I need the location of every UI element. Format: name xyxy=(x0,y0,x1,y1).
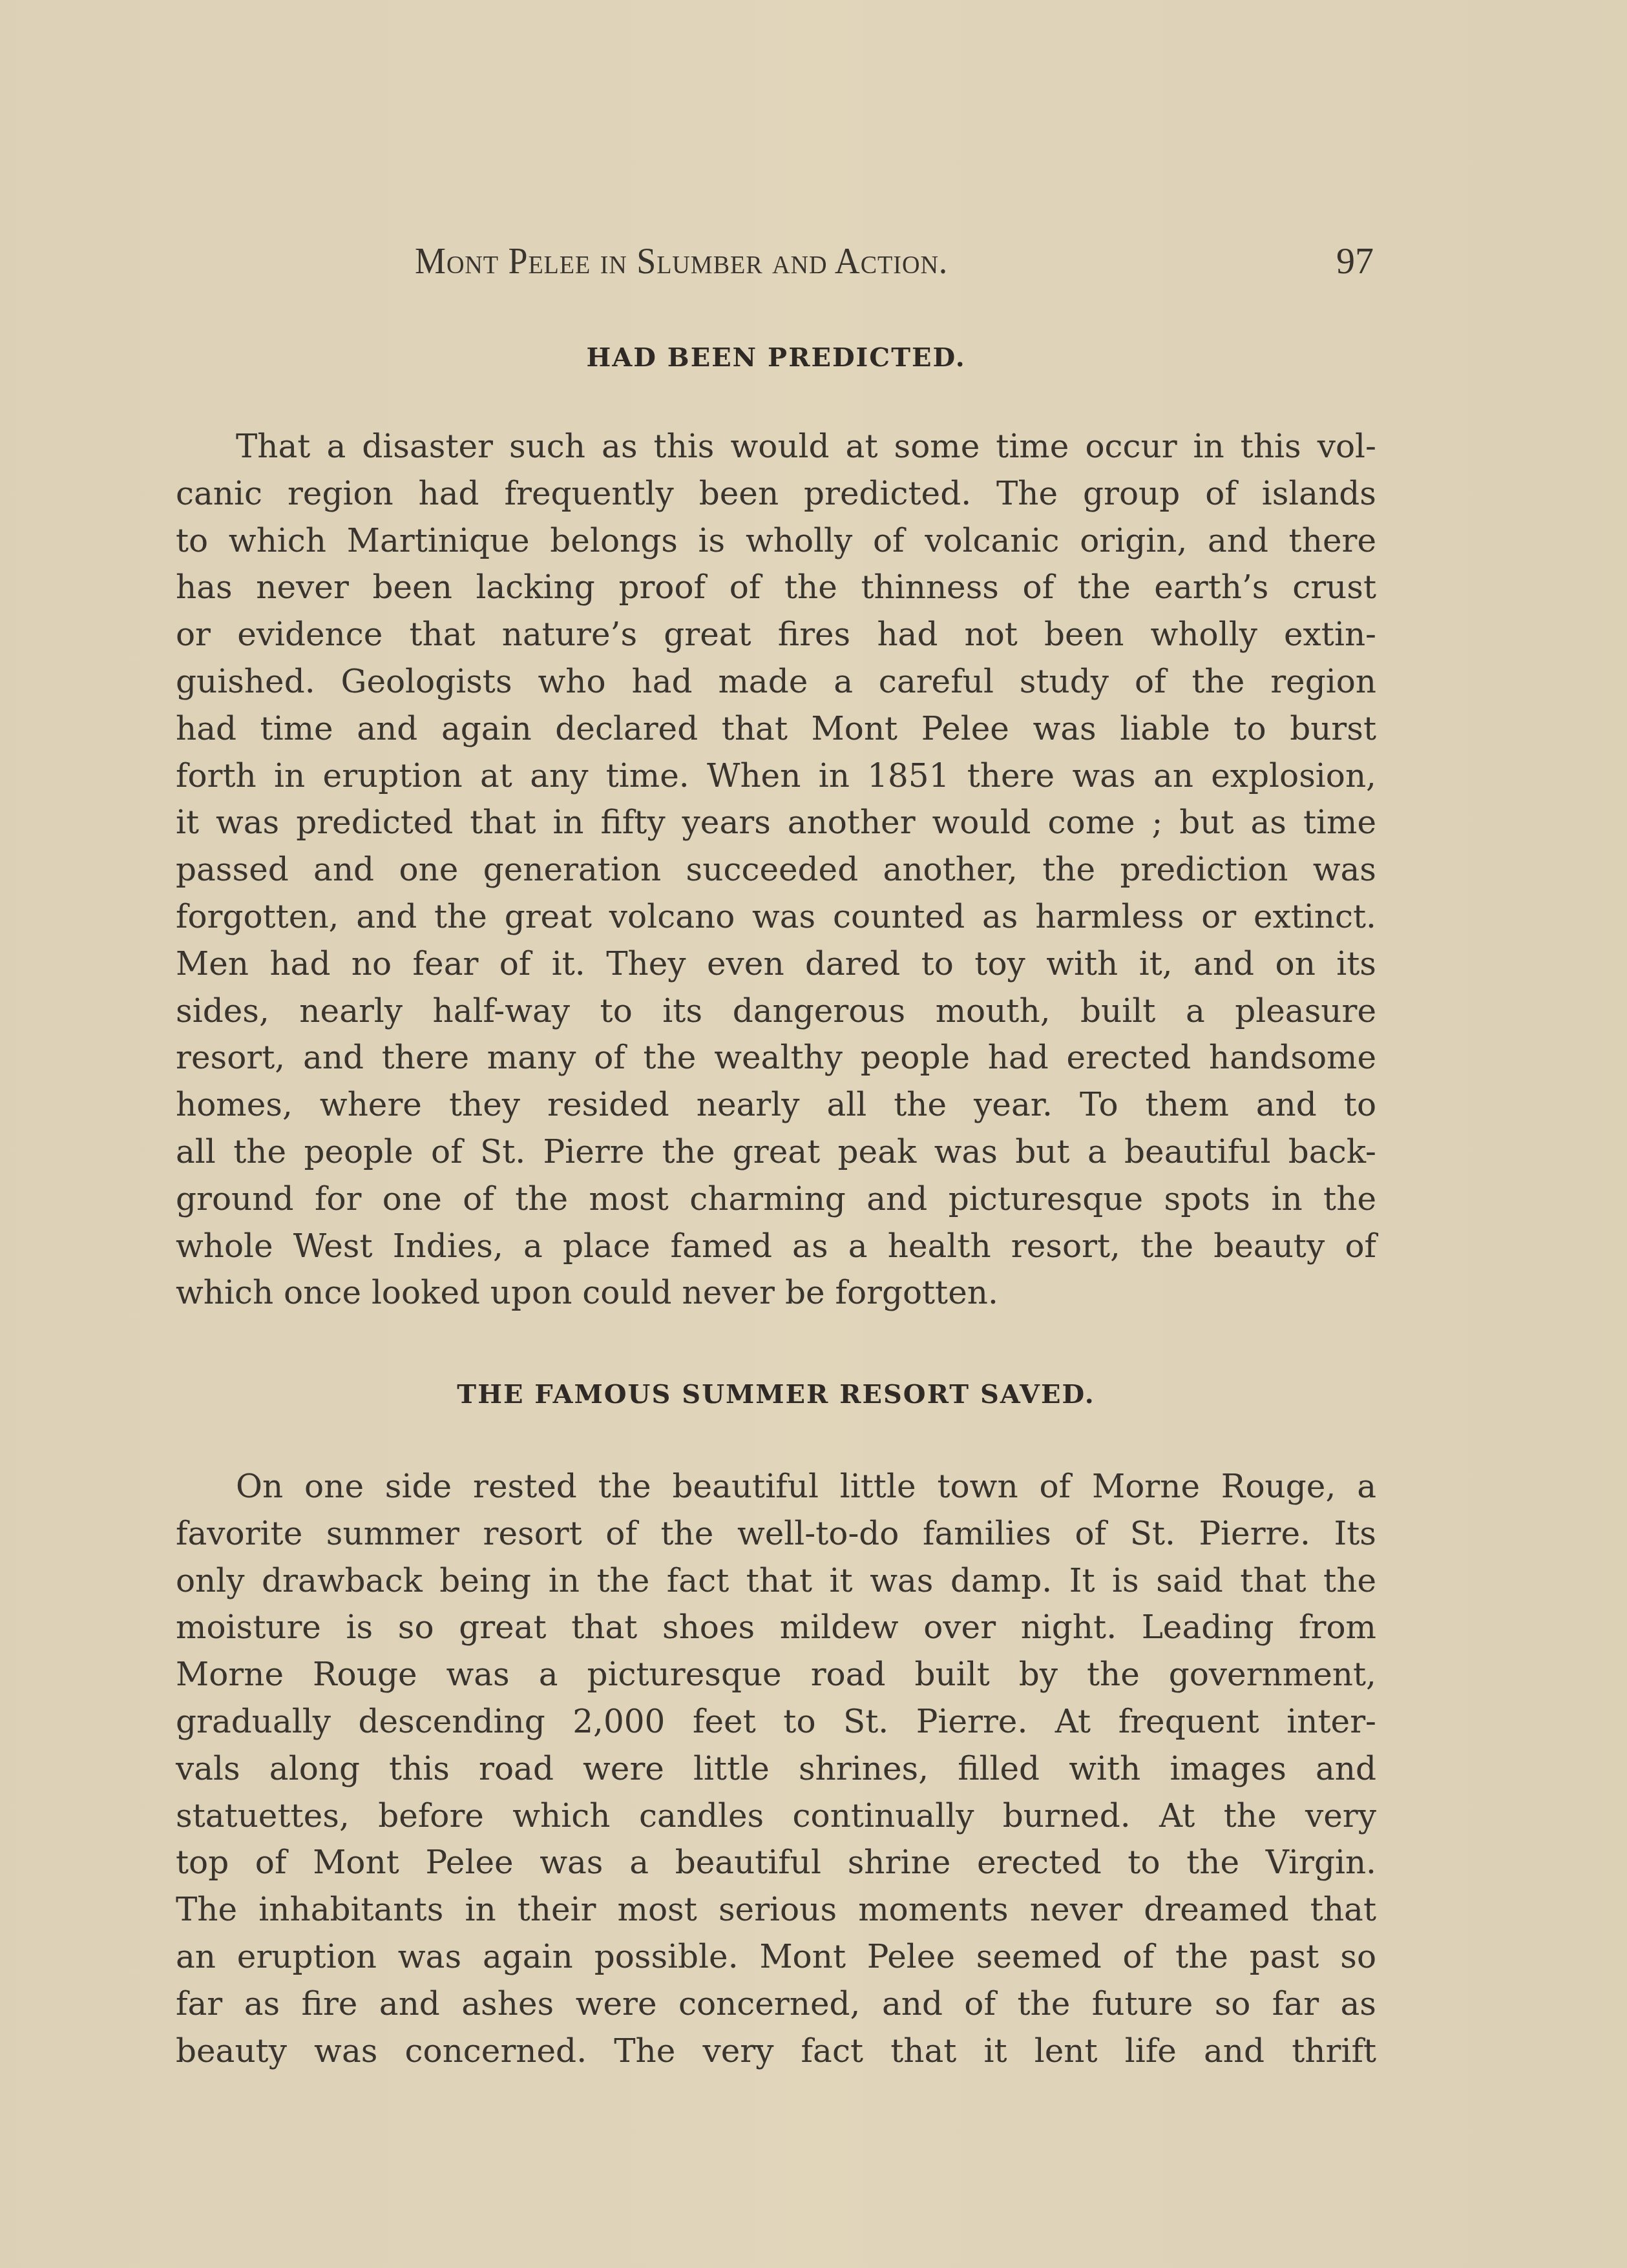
text-line: vals along this road were little shrines… xyxy=(176,1745,1376,1793)
text-line: far as fire and ashes were concerned, an… xyxy=(176,1981,1376,2028)
text-line: had time and again declared that Mont Pe… xyxy=(176,705,1376,753)
text-line: it was predicted that in fifty years ano… xyxy=(176,799,1376,846)
text-line: to which Martinique belongs is wholly of… xyxy=(176,517,1376,565)
text-line: guished. Geologists who had made a caref… xyxy=(176,658,1376,705)
text-line: an eruption was again possible. Mont Pel… xyxy=(176,1933,1376,1981)
text-line: sides, nearly half-way to its dangerous … xyxy=(176,988,1376,1035)
section-heading-had-been-predicted: HAD BEEN PREDICTED. xyxy=(176,342,1376,373)
text-line: only drawback being in the fact that it … xyxy=(176,1557,1376,1605)
text-line: forth in eruption at any time. When in 1… xyxy=(176,753,1376,800)
text-line: That a disaster such as this would at so… xyxy=(176,423,1376,470)
text-line: whole West Indies, a place famed as a he… xyxy=(176,1223,1376,1270)
text-line: forgotten, and the great volcano was cou… xyxy=(176,893,1376,941)
text-line: gradually descending 2,000 feet to St. P… xyxy=(176,1698,1376,1745)
text-line: beauty was concerned. The very fact that… xyxy=(176,2028,1376,2075)
text-line: all the people of St. Pierre the great p… xyxy=(176,1129,1376,1176)
text-line: statuettes, before which candles continu… xyxy=(176,1793,1376,1840)
paragraph-famous-summer-resort: On one side rested the beautiful little … xyxy=(176,1463,1376,2074)
page-number: 97 xyxy=(1336,239,1374,282)
running-header: Mont Pelee in Slumber and Action. 97 xyxy=(176,239,1376,291)
text-line: top of Mont Pelee was a beautiful shrine… xyxy=(176,1839,1376,1886)
text-line: has never been lacking proof of the thin… xyxy=(176,564,1376,611)
text-line: On one side rested the beautiful little … xyxy=(176,1463,1376,1510)
text-line: resort, and there many of the wealthy pe… xyxy=(176,1034,1376,1081)
text-line: Morne Rouge was a picturesque road built… xyxy=(176,1651,1376,1698)
text-line: which once looked upon could never be fo… xyxy=(176,1269,1376,1316)
text-line: favorite summer resort of the well-to-do… xyxy=(176,1510,1376,1557)
section-heading-famous-summer-resort-saved: THE FAMOUS SUMMER RESORT SAVED. xyxy=(176,1379,1376,1410)
text-line: or evidence that nature’s great fires ha… xyxy=(176,611,1376,658)
text-line: The inhabitants in their most serious mo… xyxy=(176,1886,1376,1933)
text-line: ground for one of the most charming and … xyxy=(176,1176,1376,1223)
text-line: canic region had frequently been predict… xyxy=(176,470,1376,517)
running-title: Mont Pelee in Slumber and Action. xyxy=(415,239,948,282)
paragraph-had-been-predicted: That a disaster such as this would at so… xyxy=(176,423,1376,1316)
text-line: passed and one generation succeeded anot… xyxy=(176,846,1376,893)
text-line: moisture is so great that shoes mildew o… xyxy=(176,1604,1376,1651)
text-line: Men had no fear of it. They even dared t… xyxy=(176,941,1376,988)
text-line: homes, where they resided nearly all the… xyxy=(176,1081,1376,1129)
